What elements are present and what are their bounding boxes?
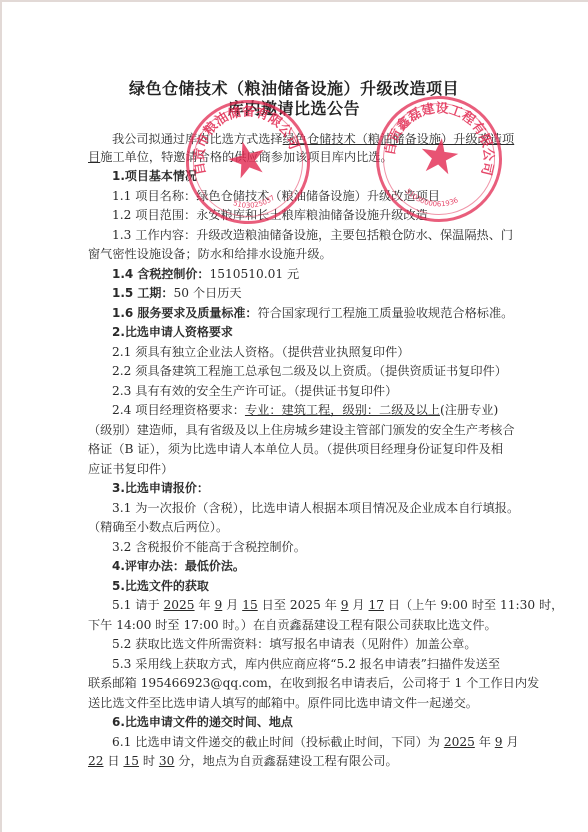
document-title-line2: 库内邀请比选公告: [0, 96, 588, 119]
deadline-hour: 15: [123, 754, 139, 768]
section-6-heading: 6.比选申请文件的递交时间、地点: [112, 714, 293, 730]
text: 日至 2025 年: [258, 598, 341, 612]
deadline-day: 22: [88, 754, 104, 768]
item-5-3-cont: 送比选文件至比选申请人填写的邮箱中。原件同比选申请文件一起递交。: [88, 695, 478, 711]
item-3-1: 3.1 为一次报价（含税），比选申请人根据本项目情况及企业成本自行填报。: [112, 500, 519, 516]
section-3-heading: 3.比选申请报价：: [112, 480, 209, 496]
item-3-2: 3.2 含税报价不能高于含税控制价。: [112, 539, 306, 555]
item-2-1: 2.1 须具有独立企业法人资格。（提供营业执照复印件）: [112, 344, 409, 360]
end-day: 17: [368, 598, 384, 612]
pm-requirement-specialty: 专业：建筑工程，级别：二级及以上: [245, 403, 440, 417]
intro-project-name: 绿色仓储技术（粮油储备设施）升级改造项: [283, 132, 515, 146]
pm-requirement-text: (注册专业): [440, 403, 498, 417]
text: 5.1 请于: [112, 598, 164, 612]
item-2-3: 2.3 具有有效的安全生产许可证。（提供证书复印件）: [112, 383, 397, 399]
control-price-value: 1510510.01 元: [209, 267, 299, 281]
item-5-1-cont: 下午 14:00 时至 17:00 时。）在自贡鑫磊建设工程有限公司获取比选文件…: [88, 617, 497, 633]
text: 年: [475, 735, 495, 749]
item-3-1-cont: （精确至小数点后两位）。: [88, 519, 228, 535]
text: 月: [222, 598, 242, 612]
item-6-1: 6.1 比选申请文件递交的截止时间（投标截止时间，下同）为 2025 年 9 月: [112, 734, 519, 750]
text: 年: [195, 598, 215, 612]
item-1-6: 1.6 服务要求及质量标准：符合国家现行工程施工质量验收规范合格标准。: [112, 305, 513, 321]
duration-label: 1.5 工期：: [112, 286, 173, 300]
end-month: 9: [341, 598, 349, 612]
intro-project-name-cont: 目: [88, 150, 100, 164]
section-5-heading: 5.比选文件的获取: [112, 578, 209, 594]
quality-standard-label: 1.6 服务要求及质量标准：: [112, 306, 257, 320]
start-day: 15: [242, 598, 258, 612]
section-2-heading: 2.比选申请人资格要求: [112, 324, 233, 340]
item-1-5: 1.5 工期：50 个日历天: [112, 285, 242, 301]
text: 时: [139, 754, 159, 768]
deadline-month: 9: [495, 735, 503, 749]
item-2-4-cont: 应证书复印件）: [88, 461, 173, 477]
text: 月: [349, 598, 369, 612]
text: 分，地点为自贡鑫磊建设工程有限公司。: [174, 754, 397, 768]
item-6-1-cont: 22 日 15 时 30 分，地点为自贡鑫磊建设工程有限公司。: [88, 753, 398, 769]
item-5-1: 5.1 请于 2025 年 9 月 15 日至 2025 年 9 月 17 日（…: [112, 597, 563, 613]
intro-paragraph-line1: 我公司拟通过库内比选方式选择绿色仓储技术（粮油储备设施）升级改造项: [112, 131, 514, 147]
announcement-document: 绿色仓储技术（粮油储备设施）升级改造项目 库内邀请比选公告 我公司拟通过库内比选…: [0, 0, 588, 832]
item-5-2: 5.2 获取比选文件所需资料：填写报名申请表（见附件）加盖公章。: [112, 636, 477, 652]
item-2-2: 2.2 须具备建筑工程施工总承包二级及以上资质。（提供资质证书复印件）: [112, 363, 507, 379]
item-1-2: 1.2 项目范围：永安粮库和长土粮库粮油储备设施升级改造: [112, 207, 428, 223]
intro-text: 我公司拟通过库内比选方式选择: [112, 132, 283, 146]
text: 月: [503, 735, 519, 749]
item-1-3-cont: 窗气密性设施设备；防水和给排水设施升级。: [88, 246, 332, 262]
intro-text: 施工单位，特邀请合格的供应商参加该项目库内比选。: [100, 150, 393, 164]
start-year: 2025: [164, 598, 195, 612]
item-5-3-cont: 联系邮箱 195466923@qq.com，在收到报名申请表后，公司将于 1 个…: [88, 675, 539, 691]
deadline-year: 2025: [444, 735, 475, 749]
text: 日: [104, 754, 124, 768]
deadline-minute: 30: [159, 754, 175, 768]
text: 日（上午 9:00 时至 11:30 时，: [384, 598, 563, 612]
section-1-heading: 1.项目基本情况: [112, 168, 197, 184]
item-1-1: 1.1 项目名称：绿色仓储技术（粮油储备设施）升级改造项目: [112, 188, 440, 204]
pm-requirement-label: 2.4 项目经理资格要求：: [112, 403, 245, 417]
text: 6.1 比选申请文件递交的截止时间（投标截止时间，下同）为: [112, 735, 444, 749]
intro-paragraph-line2: 目施工单位，特邀请合格的供应商参加该项目库内比选。: [88, 149, 393, 165]
duration-value: 50 个日历天: [173, 286, 241, 300]
item-1-3: 1.3 工作内容：升级改造粮油储备设施，主要包括粮仓防水、保温隔热、门: [112, 227, 513, 243]
item-1-4: 1.4 含税控制价：1510510.01 元: [112, 266, 299, 282]
item-2-4-cont: （级别）建造师，具有省级及以上住房城乡建设主管部门颁发的安全生产考核合: [88, 422, 515, 438]
quality-standard-value: 符合国家现行工程施工质量验收规范合格标准。: [257, 306, 513, 320]
item-2-4: 2.4 项目经理资格要求：专业：建筑工程，级别：二级及以上(注册专业): [112, 402, 498, 418]
control-price-label: 1.4 含税控制价：: [112, 267, 209, 281]
section-4-heading: 4.评审办法：最低价法。: [112, 558, 245, 574]
item-5-3: 5.3 采用线上获取方式，库内供应商应将“5.2 报名申请表”扫描件发送至: [112, 656, 500, 672]
item-2-4-cont: 格证（B 证），须为比选申请人本单位人员。（提供项目经理身份证复印件及相: [88, 441, 503, 457]
